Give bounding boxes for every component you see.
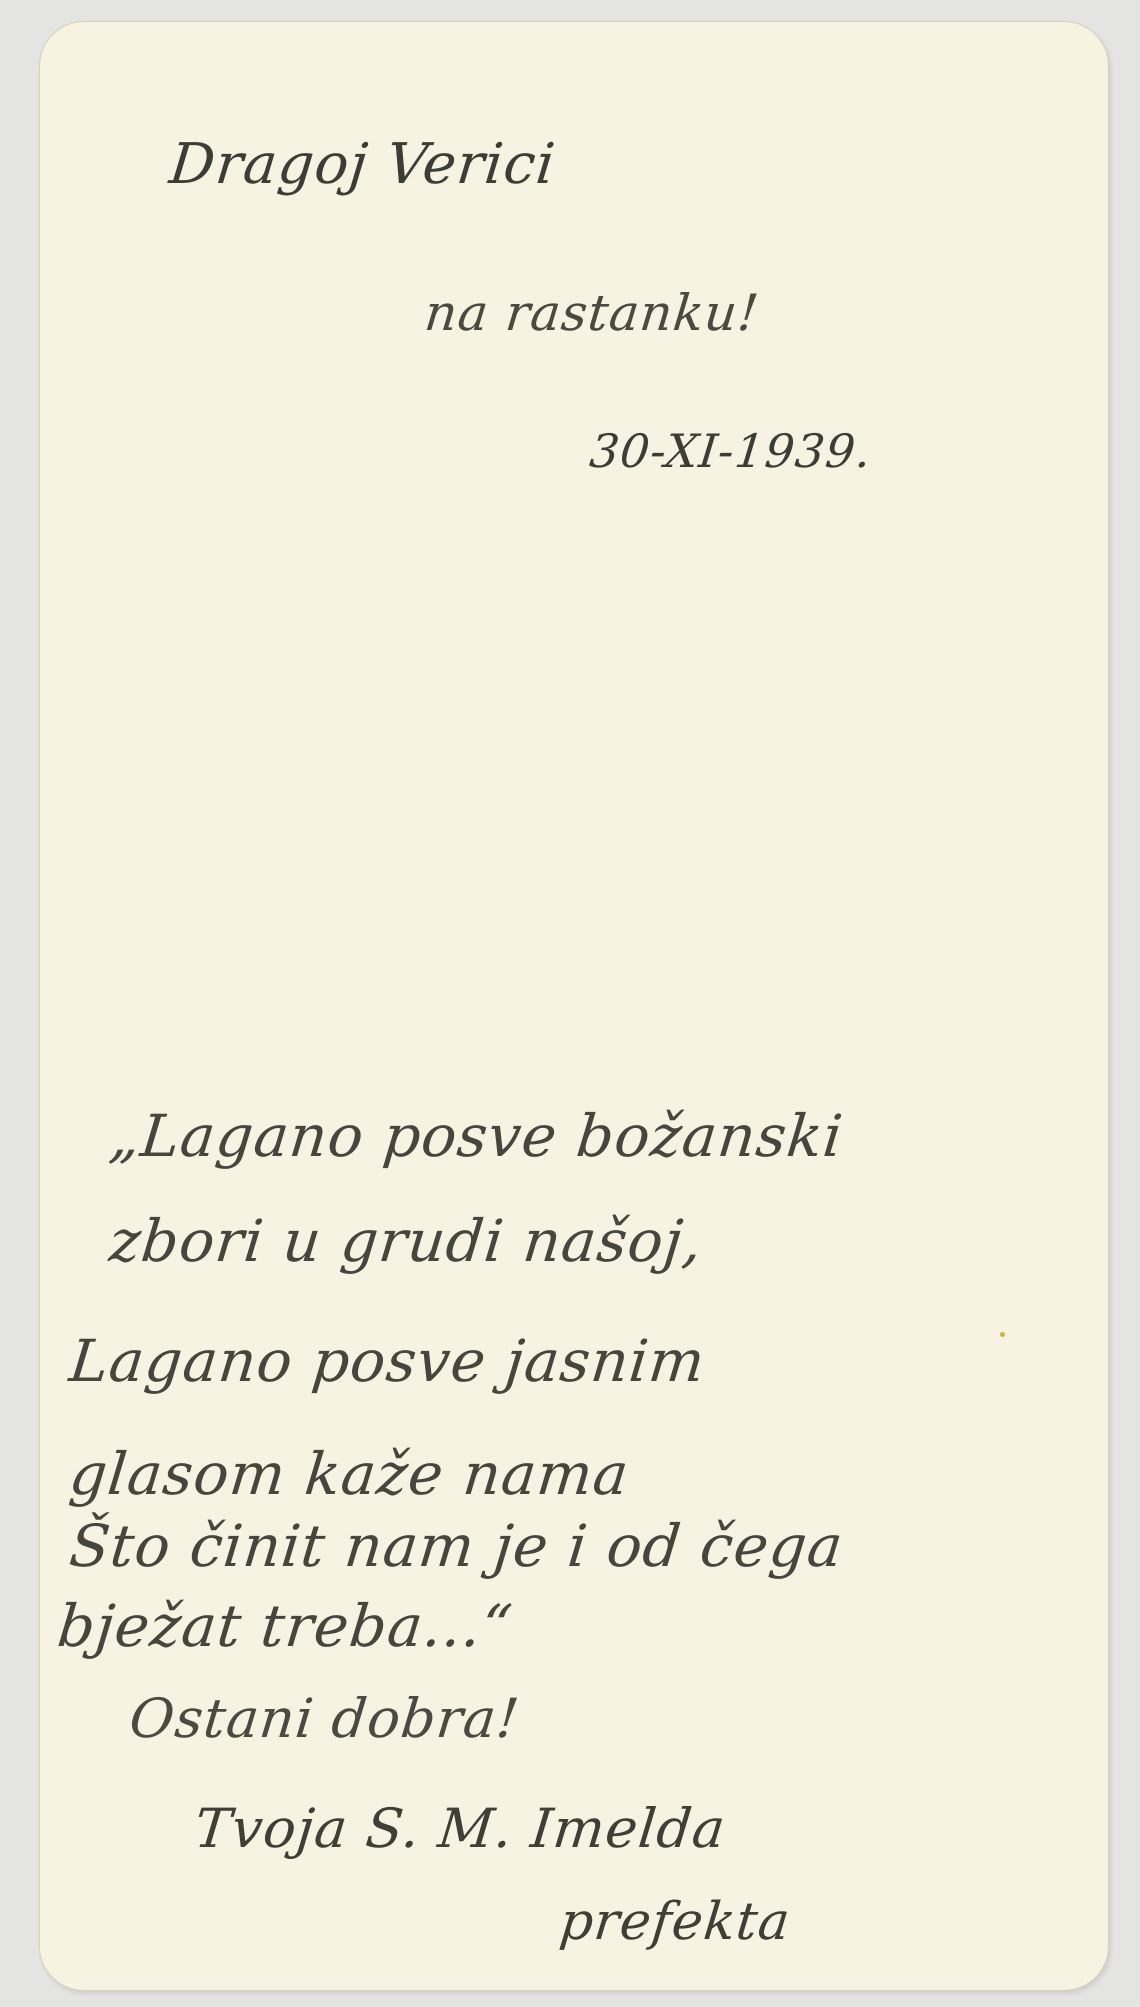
date-line: 30-XI-1939. <box>587 424 874 478</box>
paper-speck <box>1000 1332 1005 1337</box>
signature-title: prefekta <box>557 1892 794 1952</box>
poem-line: glasom kaže nama <box>66 1440 632 1508</box>
closing-line: Ostani dobra! <box>127 1687 523 1750</box>
dedication-line: Dragoj Verici <box>167 132 559 197</box>
farewell-line: na rastanku! <box>422 284 762 342</box>
poem-line: zbori u grudi našoj, <box>106 1207 706 1275</box>
dedication-card: Dragoj Verici na rastanku! 30-XI-1939. „… <box>40 22 1108 1990</box>
poem-line: „Lagano posve božanski <box>106 1102 846 1170</box>
poem-line: Lagano posve jasnim <box>66 1327 708 1395</box>
signature-line: Tvoja S. M. Imelda <box>192 1797 729 1860</box>
poem-line: Što činit nam je i od čega <box>66 1512 846 1580</box>
poem-line: bježat treba...“ <box>54 1592 515 1660</box>
